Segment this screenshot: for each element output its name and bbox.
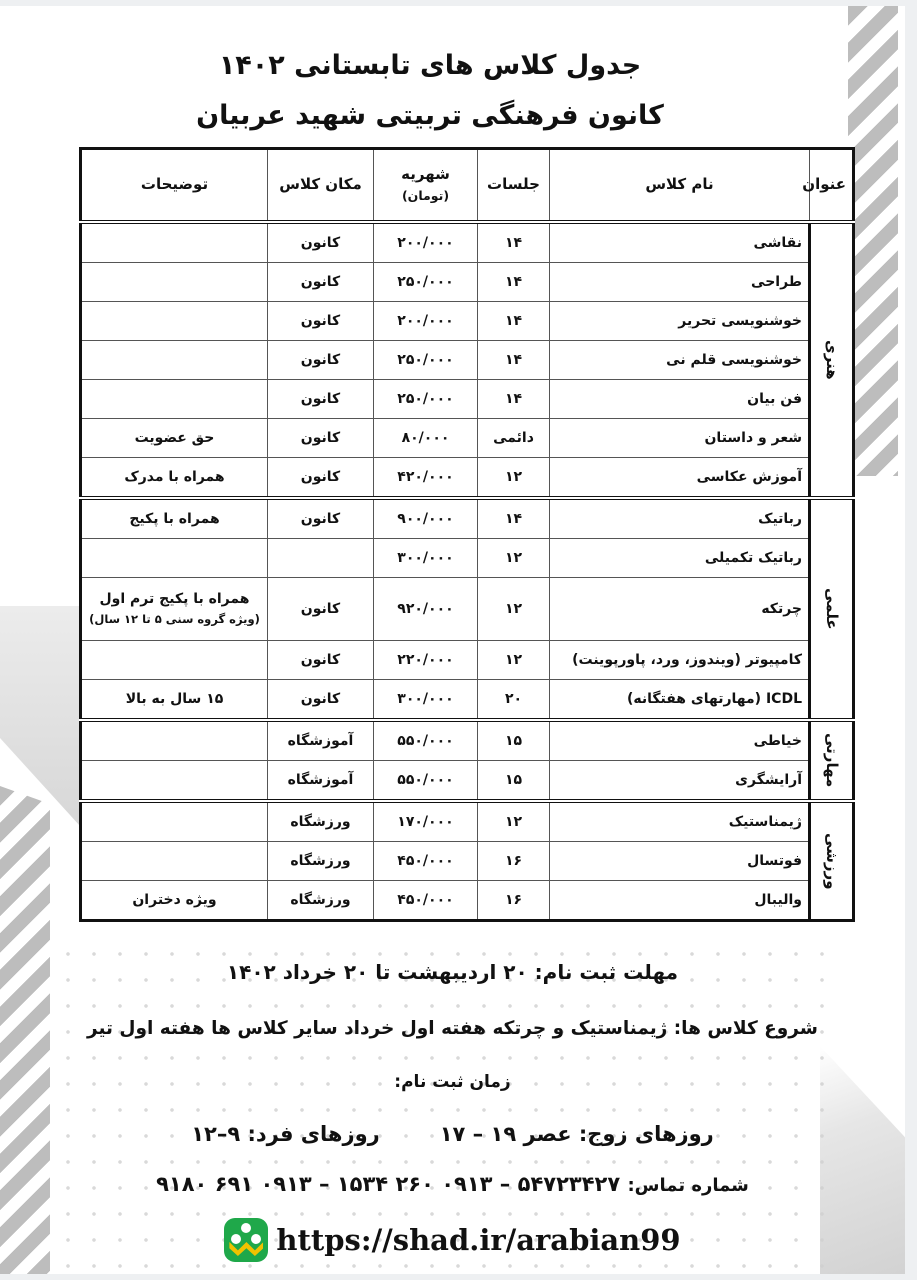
even-days-hours: روزهای زوج: عصر ۱۹ – ۱۷ [440, 1122, 714, 1146]
class-notes: ۱۵ سال به بالا [81, 680, 268, 721]
table-row: آرایشگری۱۵۵۵۰/۰۰۰آموزشگاه [81, 761, 854, 802]
class-name: خوشنویسی قلم نی [550, 341, 810, 380]
fee-label: شهریه [401, 165, 450, 183]
class-name: آرایشگری [550, 761, 810, 802]
fee-value: ۴۵۰/۰۰۰ [374, 842, 478, 881]
class-location: آموزشگاه [268, 720, 374, 761]
sessions-count: ۱۴ [478, 498, 550, 539]
table-row: ورزشیژیمناستیک۱۲۱۷۰/۰۰۰ورزشگاه [81, 801, 854, 842]
table-row: مهارتیخیاطی۱۵۵۵۰/۰۰۰آموزشگاه [81, 720, 854, 761]
table-header-row: عنوان نام کلاس جلسات شهریه (تومان) مکان … [81, 149, 854, 223]
page-title: جدول کلاس های تابستانی ۱۴۰۲ [0, 50, 860, 81]
fee-value: ۲۲۰/۰۰۰ [374, 641, 478, 680]
class-notes [81, 720, 268, 761]
class-location: کانون [268, 302, 374, 341]
class-location: کانون [268, 380, 374, 419]
class-notes [81, 761, 268, 802]
category-label: هنری [810, 222, 854, 498]
sessions-count: ۱۵ [478, 761, 550, 802]
sessions-count: ۱۲ [478, 539, 550, 578]
class-name: چرتکه [550, 578, 810, 641]
class-name: کامپیوتر (ویندوز، ورد، پاورپوینت) [550, 641, 810, 680]
table-row: چرتکه۱۲۹۲۰/۰۰۰کانونهمراه با پکیج ترم اول… [81, 578, 854, 641]
fee-value: ۲۵۰/۰۰۰ [374, 341, 478, 380]
class-name: والیبال [550, 881, 810, 921]
class-notes [81, 380, 268, 419]
column-header-location: مکان کلاس [268, 149, 374, 223]
class-name: خوشنویسی تحریر [550, 302, 810, 341]
channel-link-row: https://shad.ir/arabian99 [0, 1218, 905, 1262]
table-row: طراحی۱۴۲۵۰/۰۰۰کانون [81, 263, 854, 302]
class-notes [81, 539, 268, 578]
table-row: شعر و داستاندائمی۸۰/۰۰۰کانونحق عضویت [81, 419, 854, 458]
class-location: کانون [268, 222, 374, 263]
sessions-count: ۱۴ [478, 263, 550, 302]
class-location: کانون [268, 263, 374, 302]
class-start-info: شروع کلاس ها: ژیمناستیک و چرتکه هفته اول… [0, 1018, 905, 1039]
table-row: علمیرباتیک۱۴۹۰۰/۰۰۰کانونهمراه با پکیج [81, 498, 854, 539]
fee-value: ۸۰/۰۰۰ [374, 419, 478, 458]
registration-deadline: مهلت ثبت نام: ۲۰ اردیبهشت تا ۲۰ خرداد ۱۴… [0, 960, 905, 984]
class-location: کانون [268, 458, 374, 499]
class-name: شعر و داستان [550, 419, 810, 458]
class-name: فن بیان [550, 380, 810, 419]
class-name: فوتسال [550, 842, 810, 881]
column-header-category: عنوان [810, 149, 854, 223]
sessions-count: ۱۲ [478, 641, 550, 680]
sessions-count: ۱۴ [478, 341, 550, 380]
fee-value: ۴۵۰/۰۰۰ [374, 881, 478, 921]
class-location: ورزشگاه [268, 801, 374, 842]
class-notes: حق عضویت [81, 419, 268, 458]
fee-value: ۳۰۰/۰۰۰ [374, 539, 478, 578]
class-location: کانون [268, 680, 374, 721]
table-row: فوتسال۱۶۴۵۰/۰۰۰ورزشگاه [81, 842, 854, 881]
column-header-fee: شهریه (تومان) [374, 149, 478, 223]
contact-info: شماره تماس: ۵۴۷۲۳۴۲۷ – ۰۹۱۳ ۲۶۰ ۱۵۳۴ – ۰… [0, 1172, 905, 1196]
fee-value: ۲۵۰/۰۰۰ [374, 380, 478, 419]
sessions-count: ۱۲ [478, 458, 550, 499]
table-row: ICDL (مهارتهای هفتگانه)۲۰۳۰۰/۰۰۰کانون۱۵ … [81, 680, 854, 721]
table-row: خوشنویسی تحریر۱۴۲۰۰/۰۰۰کانون [81, 302, 854, 341]
column-header-notes: توضیحات [81, 149, 268, 223]
sessions-count: ۱۴ [478, 222, 550, 263]
category-label: علمی [810, 498, 854, 720]
class-location: آموزشگاه [268, 761, 374, 802]
fee-value: ۹۰۰/۰۰۰ [374, 498, 478, 539]
fee-unit: (تومان) [380, 189, 471, 203]
class-notes: همراه با پکیج [81, 498, 268, 539]
fee-value: ۱۷۰/۰۰۰ [374, 801, 478, 842]
notes-sub: (ویژه گروه سنی ۵ تا ۱۲ سال) [88, 613, 261, 626]
class-name: آموزش عکاسی [550, 458, 810, 499]
class-location [268, 539, 374, 578]
fee-value: ۲۰۰/۰۰۰ [374, 302, 478, 341]
contact-numbers: ۵۴۷۲۳۴۲۷ – ۰۹۱۳ ۲۶۰ ۱۵۳۴ – ۰۹۱۳ ۶۹۱ ۹۱۸۰ [156, 1172, 620, 1196]
class-notes [81, 842, 268, 881]
table-row: فن بیان۱۴۲۵۰/۰۰۰کانون [81, 380, 854, 419]
category-label: ورزشی [810, 801, 854, 921]
class-notes: همراه با پکیج ترم اول(ویژه گروه سنی ۵ تا… [81, 578, 268, 641]
column-header-sessions: جلسات [478, 149, 550, 223]
sessions-count: ۱۶ [478, 881, 550, 921]
sessions-count: ۱۲ [478, 578, 550, 641]
class-location: کانون [268, 641, 374, 680]
registration-time-label: زمان ثبت نام: [0, 1072, 905, 1092]
sessions-count: ۱۴ [478, 380, 550, 419]
class-notes [81, 641, 268, 680]
class-notes: ویژه دختران [81, 881, 268, 921]
fee-value: ۵۵۰/۰۰۰ [374, 761, 478, 802]
sessions-count: ۱۲ [478, 801, 550, 842]
fee-value: ۲۰۰/۰۰۰ [374, 222, 478, 263]
fee-value: ۹۲۰/۰۰۰ [374, 578, 478, 641]
class-location: کانون [268, 578, 374, 641]
class-notes [81, 801, 268, 842]
class-name: طراحی [550, 263, 810, 302]
class-name: خیاطی [550, 720, 810, 761]
table-row: خوشنویسی قلم نی۱۴۲۵۰/۰۰۰کانون [81, 341, 854, 380]
registration-hours: روزهای زوج: عصر ۱۹ – ۱۷روزهای فرد: ۹–۱۲ [0, 1122, 905, 1146]
sessions-count: ۱۶ [478, 842, 550, 881]
odd-days-hours: روزهای فرد: ۹–۱۲ [191, 1122, 380, 1146]
channel-url-link[interactable]: https://shad.ir/arabian99 [276, 1223, 680, 1257]
class-notes [81, 341, 268, 380]
table-row: آموزش عکاسی۱۲۴۲۰/۰۰۰کانونهمراه با مدرک [81, 458, 854, 499]
notes-main: همراه با پکیج ترم اول [100, 591, 250, 607]
table-row: هنرینقاشی۱۴۲۰۰/۰۰۰کانون [81, 222, 854, 263]
class-schedule-table: عنوان نام کلاس جلسات شهریه (تومان) مکان … [79, 147, 855, 922]
fee-value: ۵۵۰/۰۰۰ [374, 720, 478, 761]
class-location: ورزشگاه [268, 842, 374, 881]
class-location: کانون [268, 341, 374, 380]
page-subtitle: کانون فرهنگی تربیتی شهید عربیان [0, 100, 860, 131]
table-row: والیبال۱۶۴۵۰/۰۰۰ورزشگاهویژه دختران [81, 881, 854, 921]
sessions-count: ۱۴ [478, 302, 550, 341]
fee-value: ۳۰۰/۰۰۰ [374, 680, 478, 721]
sessions-count: ۲۰ [478, 680, 550, 721]
sessions-count: دائمی [478, 419, 550, 458]
shad-messenger-logo-icon [224, 1218, 268, 1262]
class-notes [81, 302, 268, 341]
class-notes [81, 222, 268, 263]
class-location: ورزشگاه [268, 881, 374, 921]
class-location: کانون [268, 498, 374, 539]
class-location: کانون [268, 419, 374, 458]
fee-value: ۴۲۰/۰۰۰ [374, 458, 478, 499]
class-name: ژیمناستیک [550, 801, 810, 842]
poster-sheet: جدول کلاس های تابستانی ۱۴۰۲ کانون فرهنگی… [0, 6, 905, 1274]
class-name: ICDL (مهارتهای هفتگانه) [550, 680, 810, 721]
table-row: کامپیوتر (ویندوز، ورد، پاورپوینت)۱۲۲۲۰/۰… [81, 641, 854, 680]
class-notes: همراه با مدرک [81, 458, 268, 499]
contact-label: شماره تماس: [627, 1175, 748, 1196]
class-name: رباتیک [550, 498, 810, 539]
class-name: رباتیک تکمیلی [550, 539, 810, 578]
class-name: نقاشی [550, 222, 810, 263]
fee-value: ۲۵۰/۰۰۰ [374, 263, 478, 302]
class-notes [81, 263, 268, 302]
sessions-count: ۱۵ [478, 720, 550, 761]
category-label: مهارتی [810, 720, 854, 801]
table-row: رباتیک تکمیلی۱۲۳۰۰/۰۰۰ [81, 539, 854, 578]
column-header-name: نام کلاس [550, 149, 810, 223]
